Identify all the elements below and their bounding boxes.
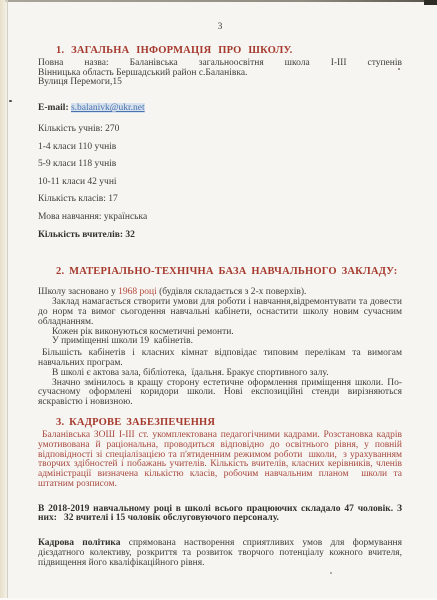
para-hr-policy: Кадрова політика спрямована настворення … [38,539,402,568]
para-renovation: Заклад намагається створити умови для ро… [38,298,402,327]
email-row: E-mail: s.balanivk@ukr.net [38,104,402,114]
stat-teachers-total: Кількість вчителів: 32 [38,231,402,241]
para-school-rooms: У приміщенні школи 19 кабінетів. [38,337,402,347]
page-number: 3 [38,23,402,33]
stat-grades-5-9: 5-9 класи 118 учнів [38,160,402,170]
stat-grades-1-4: 1-4 класи 110 учнів [38,143,402,153]
email-label: E-mail: [38,103,69,113]
stat-grades-10-11: 10-11 класи 42 учні [38,178,402,188]
founded-prefix: Школу засновано у [38,287,118,297]
school-street: Вулиця Перемоги,15 [38,78,402,88]
para-cabinets-compliance: Більшість кабінетів і класних кімнат від… [38,349,402,369]
stat-classes-total: Кількість класів: 17 [38,195,402,205]
stat-language: Мова навчання: українська [38,213,402,223]
scan-speck [330,572,332,574]
scan-artifact-left-line [7,0,8,600]
document-page: 3 1. ЗАГАЛЬНА ІНФОРМАЦІЯ ПРО ШКОЛУ. Повн… [0,0,437,600]
para-staff-numbers: В 2018-2019 навчальному році в школі всь… [38,505,402,525]
para-staffing: Баланівська ЗОШ І-ІІІ ст. укомплектована… [38,431,402,490]
section1-heading: 1. ЗАГАЛЬНА ІНФОРМАЦІЯ ПРО ШКОЛУ. [38,45,402,56]
scan-artifact-corner-mark [424,0,437,5]
scan-speck [9,100,12,102]
section3-heading: 3. КАДРОВЕ ЗАБЕЗПЕЧЕННЯ [38,417,402,428]
founded-suffix: (будівля складається з 2-х поверхів). [157,287,307,297]
founded-year-highlight: 1968 році [118,287,157,297]
document-content: 3 1. ЗАГАЛЬНА ІНФОРМАЦІЯ ПРО ШКОЛУ. Повн… [38,0,402,569]
hr-policy-lead: Кадрова політика [38,538,121,548]
para-interior-design: Значно змінилось в кращу сторону естетич… [38,379,402,408]
section2-heading: 2. МАТЕРІАЛЬНО-ТЕХНІЧНА БАЗА НАВЧАЛЬНОГО… [38,266,402,277]
email-link[interactable]: s.balanivk@ukr.net [71,103,145,113]
stat-students-total: Кількість учнів: 270 [38,125,402,135]
